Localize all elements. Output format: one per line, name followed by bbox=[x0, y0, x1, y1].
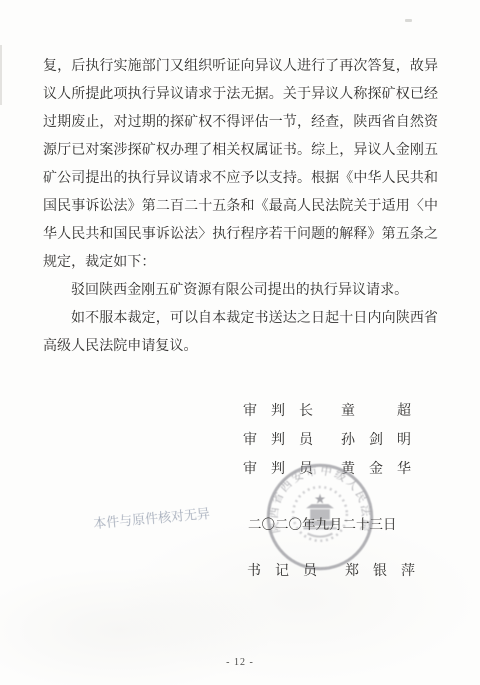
verification-stamp: 本件与原件核对无异 bbox=[92, 503, 210, 532]
clerk-row: 书记员 郑银萍 bbox=[247, 564, 429, 580]
signature-row-judge-2: 审判员 孙剑明 bbox=[243, 433, 453, 448]
ruling-body-text: 复，后执行实施部门又组织听证向异议人进行了再次答复，故异议人所提此项执行异议请求… bbox=[43, 53, 438, 361]
judge-name: 童超 bbox=[341, 404, 453, 419]
clerk-name: 郑银萍 bbox=[345, 564, 429, 580]
body-paragraph-conclusion: 复，后执行实施部门又组织听证向异议人进行了再次答复，故异议人所提此项执行异议请求… bbox=[43, 53, 438, 277]
judge-name: 孙剑明 bbox=[341, 433, 425, 448]
page-number: - 12 - bbox=[0, 657, 480, 668]
body-paragraph-appeal-notice: 如不服本裁定，可以自本裁定书送达之日起十日内向陕西省高级人民法院申请复议。 bbox=[43, 305, 438, 361]
signature-row-presiding-judge: 审判长 童超 bbox=[243, 404, 453, 419]
clerk-role-label: 书记员 bbox=[247, 564, 331, 580]
ruling-date: 二〇二〇年九月二十三日 bbox=[248, 513, 397, 533]
scan-speck-artifact bbox=[405, 19, 412, 22]
scan-edge-artifact bbox=[0, 45, 2, 105]
body-paragraph-ruling-item: 驳回陕西金刚五矿资源有限公司提出的执行异议请求。 bbox=[43, 277, 438, 305]
scanned-ruling-page: 复，后执行实施部门又组织听证向异议人进行了再次答复，故异议人所提此项执行异议请求… bbox=[0, 0, 480, 685]
judge-role-label: 审判长 bbox=[243, 404, 327, 419]
judge-role-label: 审判员 bbox=[243, 433, 327, 448]
